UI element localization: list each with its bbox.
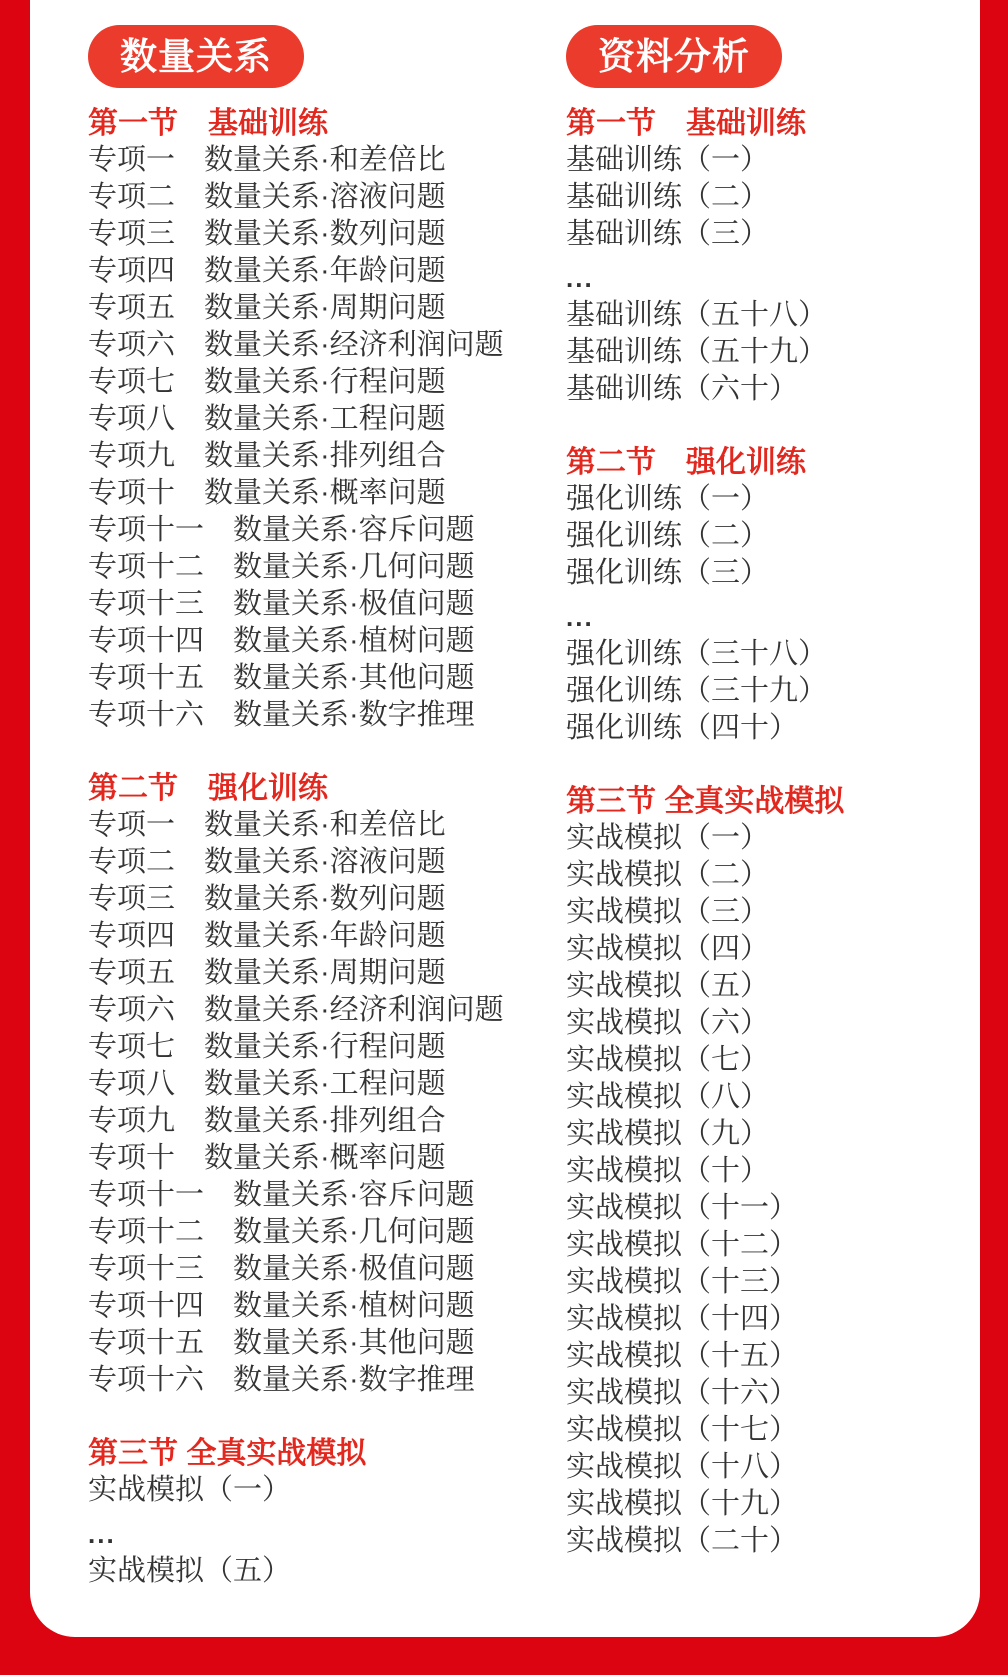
list-item: 实战模拟（五） — [566, 968, 980, 1005]
list-item: 强化训练（四十） — [566, 710, 980, 747]
column-badge: 数量关系 — [88, 25, 304, 88]
list-item: 专项十六 数量关系·数字推理 — [88, 1362, 566, 1399]
list-item: 专项十四 数量关系·植树问题 — [88, 1288, 566, 1325]
list-item: 专项三 数量关系·数列问题 — [88, 216, 566, 253]
toc-section: 第一节 基础训练专项一 数量关系·和差倍比专项二 数量关系·溶液问题专项三 数量… — [88, 105, 566, 734]
list-item: 实战模拟（十一） — [566, 1190, 980, 1227]
list-item: 基础训练（二） — [566, 179, 980, 216]
list-item: 基础训练（五十九） — [566, 334, 980, 371]
list-item: 实战模拟（十二） — [566, 1227, 980, 1264]
list-item: 实战模拟（九） — [566, 1116, 980, 1153]
list-item: 实战模拟（十三） — [566, 1264, 980, 1301]
list-item: 专项十二 数量关系·几何问题 — [88, 1214, 566, 1251]
ellipsis-row: ... — [566, 253, 980, 297]
list-item: 专项九 数量关系·排列组合 — [88, 438, 566, 475]
list-item: 基础训练（三） — [566, 216, 980, 253]
list-item: 专项七 数量关系·行程问题 — [88, 364, 566, 401]
ellipsis-row: ... — [566, 592, 980, 636]
list-item: 实战模拟（一） — [566, 820, 980, 857]
section-header: 第三节 全真实战模拟 — [88, 1435, 566, 1472]
list-item: 强化训练（二） — [566, 518, 980, 555]
list-item: 专项十 数量关系·概率问题 — [88, 1140, 566, 1177]
section-header: 第二节 强化训练 — [566, 444, 980, 481]
list-item: 专项十三 数量关系·极值问题 — [88, 1251, 566, 1288]
list-item: 专项十六 数量关系·数字推理 — [88, 697, 566, 734]
content-card: 数量关系第一节 基础训练专项一 数量关系·和差倍比专项二 数量关系·溶液问题专项… — [30, 0, 980, 1637]
list-item: 实战模拟（一） — [88, 1472, 566, 1509]
list-item: 专项六 数量关系·经济利润问题 — [88, 327, 566, 364]
list-item: 实战模拟（十五） — [566, 1338, 980, 1375]
list-item: 专项十五 数量关系·其他问题 — [88, 660, 566, 697]
column-badge: 资料分析 — [566, 25, 782, 88]
list-item: 专项十五 数量关系·其他问题 — [88, 1325, 566, 1362]
toc-section: 第二节 强化训练强化训练（一）强化训练（二）强化训练（三）...强化训练（三十八… — [566, 444, 980, 747]
list-item: 实战模拟（十八） — [566, 1449, 980, 1486]
list-item: 实战模拟（八） — [566, 1079, 980, 1116]
list-item: 实战模拟（十） — [566, 1153, 980, 1190]
list-item: 专项十二 数量关系·几何问题 — [88, 549, 566, 586]
list-item: 专项三 数量关系·数列问题 — [88, 881, 566, 918]
list-item: 专项八 数量关系·工程问题 — [88, 401, 566, 438]
list-item: 专项十一 数量关系·容斥问题 — [88, 512, 566, 549]
list-item: 专项五 数量关系·周期问题 — [88, 955, 566, 992]
list-item: 实战模拟（六） — [566, 1005, 980, 1042]
list-item: 强化训练（一） — [566, 481, 980, 518]
list-item: 基础训练（一） — [566, 142, 980, 179]
ellipsis-row: ... — [88, 1509, 566, 1553]
section-header: 第三节 全真实战模拟 — [566, 783, 980, 820]
list-item: 专项七 数量关系·行程问题 — [88, 1029, 566, 1066]
list-item: 专项二 数量关系·溶液问题 — [88, 844, 566, 881]
list-item: 专项五 数量关系·周期问题 — [88, 290, 566, 327]
toc-section: 第一节 基础训练基础训练（一）基础训练（二）基础训练（三）...基础训练（五十八… — [566, 105, 980, 408]
list-item: 实战模拟（五） — [88, 1553, 566, 1590]
list-item: 实战模拟（十四） — [566, 1301, 980, 1338]
section-header: 第一节 基础训练 — [566, 105, 980, 142]
list-item: 实战模拟（十七） — [566, 1412, 980, 1449]
list-item: 专项十 数量关系·概率问题 — [88, 475, 566, 512]
section-header: 第一节 基础训练 — [88, 105, 566, 142]
page: 数量关系第一节 基础训练专项一 数量关系·和差倍比专项二 数量关系·溶液问题专项… — [0, 0, 1008, 1675]
list-item: 专项四 数量关系·年龄问题 — [88, 253, 566, 290]
toc-section: 第二节 强化训练专项一 数量关系·和差倍比专项二 数量关系·溶液问题专项三 数量… — [88, 770, 566, 1399]
list-item: 专项八 数量关系·工程问题 — [88, 1066, 566, 1103]
toc-section: 第三节 全真实战模拟实战模拟（一）...实战模拟（五） — [88, 1435, 566, 1590]
list-item: 专项十一 数量关系·容斥问题 — [88, 1177, 566, 1214]
list-item: 实战模拟（十六） — [566, 1375, 980, 1412]
list-item: 专项一 数量关系·和差倍比 — [88, 807, 566, 844]
list-item: 基础训练（五十八） — [566, 297, 980, 334]
list-item: 专项十四 数量关系·植树问题 — [88, 623, 566, 660]
list-item: 实战模拟（三） — [566, 894, 980, 931]
list-item: 实战模拟（十九） — [566, 1486, 980, 1523]
list-item: 专项九 数量关系·排列组合 — [88, 1103, 566, 1140]
list-item: 专项六 数量关系·经济利润问题 — [88, 992, 566, 1029]
list-item: 专项十三 数量关系·极值问题 — [88, 586, 566, 623]
list-item: 强化训练（三十八） — [566, 636, 980, 673]
list-item: 强化训练（三） — [566, 555, 980, 592]
toc-column-1: 数量关系第一节 基础训练专项一 数量关系·和差倍比专项二 数量关系·溶液问题专项… — [88, 25, 566, 1590]
list-item: 专项四 数量关系·年龄问题 — [88, 918, 566, 955]
list-item: 实战模拟（七） — [566, 1042, 980, 1079]
list-item: 专项一 数量关系·和差倍比 — [88, 142, 566, 179]
columns: 数量关系第一节 基础训练专项一 数量关系·和差倍比专项二 数量关系·溶液问题专项… — [88, 25, 980, 1590]
toc-section: 第三节 全真实战模拟实战模拟（一）实战模拟（二）实战模拟（三）实战模拟（四）实战… — [566, 783, 980, 1560]
list-item: 实战模拟（四） — [566, 931, 980, 968]
section-header: 第二节 强化训练 — [88, 770, 566, 807]
toc-column-2: 资料分析第一节 基础训练基础训练（一）基础训练（二）基础训练（三）...基础训练… — [566, 25, 980, 1560]
list-item: 实战模拟（二十） — [566, 1523, 980, 1560]
list-item: 基础训练（六十） — [566, 371, 980, 408]
list-item: 专项二 数量关系·溶液问题 — [88, 179, 566, 216]
list-item: 实战模拟（二） — [566, 857, 980, 894]
list-item: 强化训练（三十九） — [566, 673, 980, 710]
